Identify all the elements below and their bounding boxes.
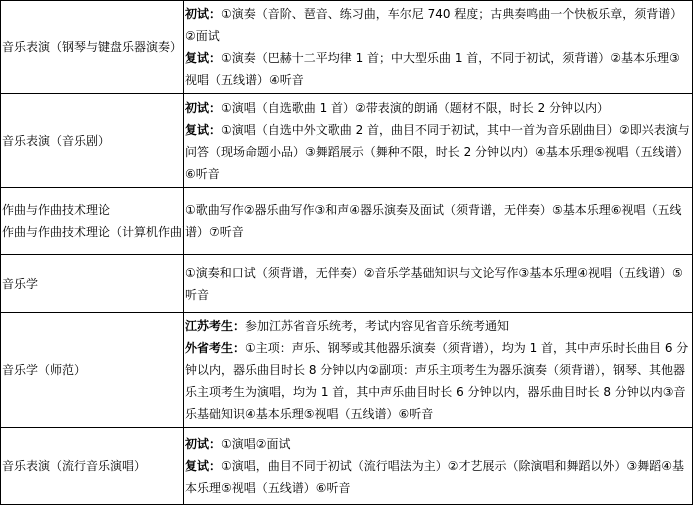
section-label: 初试： — [185, 101, 221, 115]
section-text: 参加江苏省音乐统考，考试内容见省音乐统考通知 — [245, 319, 509, 333]
section-text: ①演唱（自选中外文歌曲 2 首，曲目不同于初试，其中一首为音乐剧曲目）②即兴表演… — [185, 123, 690, 181]
major-name: 音乐学 — [2, 277, 38, 291]
major-name: 作曲与作曲技术理论（计算机作曲） — [2, 221, 182, 243]
section-label: 复试： — [185, 123, 221, 137]
section-label: 江苏考生： — [185, 319, 245, 333]
section-label: 复试： — [185, 459, 221, 473]
table-row: 音乐表演（钢琴与键盘乐器演奏） 初试：①演奏（音阶、琶音、练习曲，车尔尼 740… — [1, 1, 693, 94]
exam-requirements-table: 音乐表演（钢琴与键盘乐器演奏） 初试：①演奏（音阶、琶音、练习曲，车尔尼 740… — [0, 0, 693, 505]
major-name: 音乐表演（音乐剧） — [2, 134, 110, 148]
exam-section: 初试：①演奏（音阶、琶音、练习曲，车尔尼 740 程度；古典奏鸣曲一个快板乐章，… — [185, 3, 691, 47]
major-cell: 作曲与作曲技术理论 作曲与作曲技术理论（计算机作曲） — [1, 188, 184, 255]
exam-content-cell: 初试：①演唱（自选歌曲 1 首）②带表演的朗诵（题材不限，时长 2 分钟以内） … — [184, 94, 693, 188]
table-row: 音乐学 ①演奏和口试（须背谱，无伴奏）②音乐学基础知识与文论写作③基本乐理④视唱… — [1, 255, 693, 313]
table-row: 音乐表演（流行音乐演唱） 初试：①演唱②面试 复试：①演唱，曲目不同于初试（流行… — [1, 428, 693, 505]
major-name: 音乐表演（流行音乐演唱） — [2, 459, 146, 473]
major-cell: 音乐表演（钢琴与键盘乐器演奏） — [1, 1, 184, 94]
section-label: 初试： — [185, 7, 221, 21]
exam-content-cell: ①歌曲写作②器乐曲写作③和声④器乐演奏及面试（须背谱，无伴奏）⑤基本乐理⑥视唱（… — [184, 188, 693, 255]
section-text: ①演唱（自选歌曲 1 首）②带表演的朗诵（题材不限，时长 2 分钟以内） — [221, 101, 609, 115]
section-text: ①演唱，曲目不同于初试（流行唱法为主）②才艺展示（除演唱和舞蹈以外）③舞蹈④基本… — [185, 459, 684, 495]
section-text: ①主项：声乐、钢琴或其他器乐演奏（须背谱），均为 1 首，其中声乐时长曲目 6 … — [185, 341, 688, 421]
major-name: 作曲与作曲技术理论 — [2, 199, 182, 221]
exam-content-cell: 初试：①演唱②面试 复试：①演唱，曲目不同于初试（流行唱法为主）②才艺展示（除演… — [184, 428, 693, 505]
major-name: 音乐学（师范） — [2, 363, 86, 377]
exam-content-cell: 江苏考生：参加江苏省音乐统考，考试内容见省音乐统考通知 外省考生：①主项：声乐、… — [184, 313, 693, 428]
section-text: ①演唱②面试 — [221, 437, 291, 451]
section-label: 复试： — [185, 51, 221, 65]
table-row: 作曲与作曲技术理论 作曲与作曲技术理论（计算机作曲） ①歌曲写作②器乐曲写作③和… — [1, 188, 693, 255]
exam-content-cell: 初试：①演奏（音阶、琶音、练习曲，车尔尼 740 程度；古典奏鸣曲一个快板乐章，… — [184, 1, 693, 94]
section-label: 初试： — [185, 437, 221, 451]
exam-content-cell: ①演奏和口试（须背谱，无伴奏）②音乐学基础知识与文论写作③基本乐理④视唱（五线谱… — [184, 255, 693, 313]
exam-section: 江苏考生：参加江苏省音乐统考，考试内容见省音乐统考通知 — [185, 315, 691, 337]
major-cell: 音乐表演（音乐剧） — [1, 94, 184, 188]
exam-section: 复试：①演奏（巴赫十二平均律 1 首；中大型乐曲 1 首，不同于初试，须背谱）②… — [185, 47, 691, 91]
major-cell: 音乐表演（流行音乐演唱） — [1, 428, 184, 505]
exam-section: 外省考生：①主项：声乐、钢琴或其他器乐演奏（须背谱），均为 1 首，其中声乐时长… — [185, 337, 691, 425]
table-row: 音乐学（师范） 江苏考生：参加江苏省音乐统考，考试内容见省音乐统考通知 外省考生… — [1, 313, 693, 428]
major-name: 音乐表演（钢琴与键盘乐器演奏） — [2, 40, 182, 54]
section-label: 外省考生： — [185, 341, 245, 355]
section-text: ①歌曲写作②器乐曲写作③和声④器乐演奏及面试（须背谱，无伴奏）⑤基本乐理⑥视唱（… — [185, 203, 682, 239]
exam-section: 初试：①演唱②面试 — [185, 433, 691, 455]
section-text: ①演奏（巴赫十二平均律 1 首；中大型乐曲 1 首，不同于初试，须背谱）②基本乐… — [185, 51, 680, 87]
exam-section: 复试：①演唱，曲目不同于初试（流行唱法为主）②才艺展示（除演唱和舞蹈以外）③舞蹈… — [185, 455, 691, 499]
section-text: ①演奏（音阶、琶音、练习曲，车尔尼 740 程度；古典奏鸣曲一个快板乐章，须背谱… — [185, 7, 682, 43]
table-row: 音乐表演（音乐剧） 初试：①演唱（自选歌曲 1 首）②带表演的朗诵（题材不限，时… — [1, 94, 693, 188]
major-cell: 音乐学（师范） — [1, 313, 184, 428]
section-text: ①演奏和口试（须背谱，无伴奏）②音乐学基础知识与文论写作③基本乐理④视唱（五线谱… — [185, 266, 683, 302]
exam-section: 初试：①演唱（自选歌曲 1 首）②带表演的朗诵（题材不限，时长 2 分钟以内） — [185, 97, 691, 119]
major-cell: 音乐学 — [1, 255, 184, 313]
exam-section: 复试：①演唱（自选中外文歌曲 2 首，曲目不同于初试，其中一首为音乐剧曲目）②即… — [185, 119, 691, 185]
